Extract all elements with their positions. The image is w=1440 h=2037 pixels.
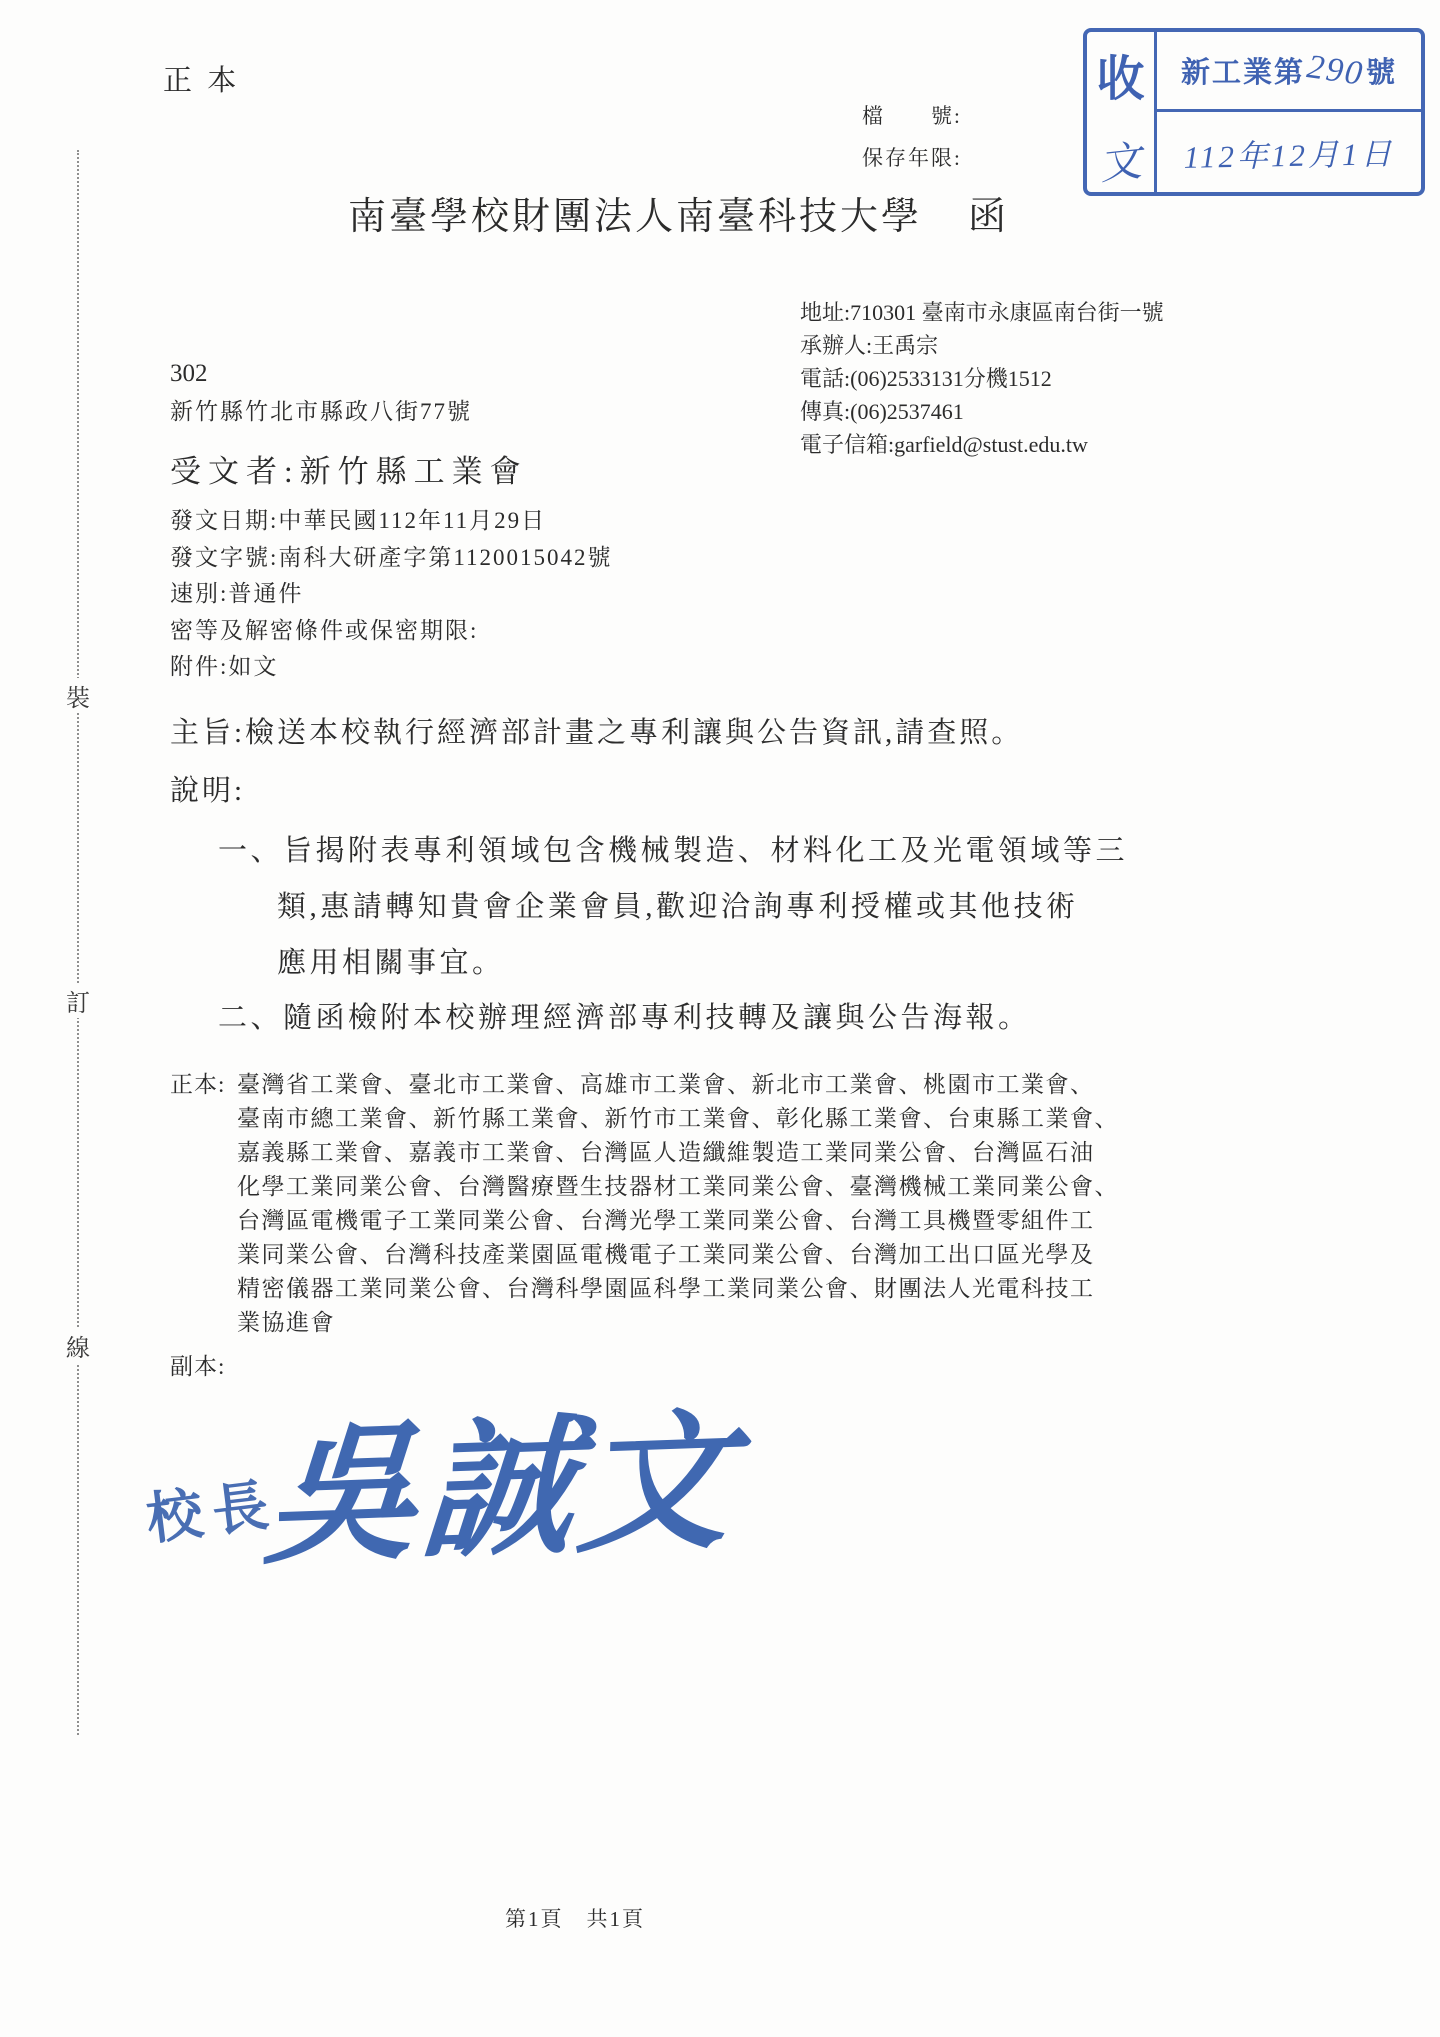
received-stamp: 收 文 新工業第 290 號 112年12月1日 bbox=[1083, 28, 1425, 196]
distribution-line: 臺南市總工業會、新竹縣工業會、新竹市工業會、彰化縣工業會、台東縣工業會、 bbox=[237, 1100, 1119, 1133]
president-signature-handwritten: 吳誠文 bbox=[260, 1360, 745, 1592]
document-title-main: 南臺學校財團法人南臺科技大學 bbox=[348, 196, 922, 238]
document-meta-block: 發文日期:中華民國112年11月29日 發文字號:南科大研產字第11200150… bbox=[170, 503, 613, 686]
received-stamp-detail-column: 新工業第 290 號 112年12月1日 bbox=[1157, 32, 1421, 192]
binding-dotted-line bbox=[77, 150, 79, 1735]
copy-type-label: 正 本 bbox=[163, 58, 240, 99]
president-title-handwritten: 校長 bbox=[142, 1460, 283, 1555]
document-title-suffix: 函 bbox=[968, 196, 1009, 238]
recipient-street-address: 新竹縣竹北市縣政八街77號 bbox=[170, 393, 472, 426]
document-number-line: 發文字號:南科大研產字第1120015042號 bbox=[170, 540, 613, 577]
stamp-received-date: 112年12月1日 bbox=[1156, 110, 1421, 195]
stamp-ref-prefix: 新工業第 bbox=[1181, 50, 1305, 91]
binding-mark-xian: 線 bbox=[64, 1328, 92, 1363]
distribution-line: 臺灣省工業會、臺北市工業會、高雄市工業會、新北市工業會、桃園市工業會、 bbox=[237, 1066, 1095, 1099]
recipient-zip-code: 302 bbox=[170, 360, 208, 388]
stamp-ref-suffix: 號 bbox=[1366, 50, 1397, 91]
body-item1-line1: 一、旨揭附表專利領域包含機械製造、材料化工及光電領域等三 bbox=[218, 828, 1128, 869]
recipient-line: 受文者:新竹縣工業會 bbox=[170, 446, 528, 491]
sender-phone: 電話:(06)2533131分機1512 bbox=[800, 362, 1164, 395]
distribution-line: 業同業公會、台灣科技產業園區電機電子工業同業公會、台灣加工出口區光學及 bbox=[237, 1236, 1095, 1269]
page-number-footer: 第1頁 共1頁 bbox=[505, 1903, 645, 1933]
distribution-line: 精密儀器工業同業公會、台灣科學園區科學工業同業公會、財團法人光電科技工 bbox=[237, 1270, 1095, 1303]
official-letter-page: 裝 訂 線 正 本 檔 號: 保存年限: 南臺學校財團法人南臺科技大學函 收 文… bbox=[0, 0, 1440, 2037]
distribution-line: 業協進會 bbox=[237, 1304, 335, 1337]
file-number-label: 檔 號: bbox=[862, 100, 962, 130]
sender-email: 電子信箱:garfield@stust.edu.tw bbox=[800, 428, 1164, 461]
received-stamp-label-column: 收 文 bbox=[1087, 32, 1157, 192]
body-item1-line2: 類,惠請轉知貴會企業會員,歡迎洽詢專利授權或其他技術 bbox=[277, 884, 1079, 925]
stamp-char-document: 文 bbox=[1096, 128, 1144, 192]
sender-fax: 傳真:(06)2537461 bbox=[800, 395, 1164, 428]
body-item1-line3: 應用相關事宜。 bbox=[277, 940, 505, 981]
security-class-line: 密等及解密條件或保密期限: bbox=[170, 613, 613, 650]
binding-mark-zhuang: 裝 bbox=[64, 678, 92, 713]
attachment-line: 附件:如文 bbox=[170, 649, 613, 686]
sender-contact-block: 地址:710301 臺南市永康區南台街一號 承辦人:王禹宗 電話:(06)253… bbox=[800, 296, 1164, 461]
carbon-copies-label: 副本: bbox=[170, 1348, 225, 1381]
sender-contact-person: 承辦人:王禹宗 bbox=[800, 329, 1164, 362]
document-title: 南臺學校財團法人南臺科技大學函 bbox=[348, 185, 1009, 240]
distribution-line: 台灣區電機電子工業同業公會、台灣光學工業同業公會、台灣工具機暨零組件工 bbox=[237, 1202, 1095, 1235]
stamp-reference-number: 新工業第 290 號 bbox=[1157, 32, 1421, 112]
distribution-line: 嘉義縣工業會、嘉義市工業會、台灣區人造纖維製造工業同業公會、台灣區石油 bbox=[237, 1134, 1095, 1167]
stamp-ref-number-handwritten: 290 bbox=[1305, 48, 1367, 94]
retention-period-label: 保存年限: bbox=[862, 142, 962, 172]
binding-mark-ding: 訂 bbox=[64, 983, 92, 1018]
speed-class-line: 速別:普通件 bbox=[170, 576, 613, 613]
issue-date-line: 發文日期:中華民國112年11月29日 bbox=[170, 503, 613, 540]
distribution-line: 化學工業同業公會、台灣醫療暨生技器材工業同業公會、臺灣機械工業同業公會、 bbox=[237, 1168, 1119, 1201]
subject-line: 主旨:檢送本校執行經濟部計畫之專利讓與公告資訊,請查照。 bbox=[170, 710, 1023, 751]
body-item2-line: 二、隨函檢附本校辦理經濟部專利技轉及讓與公告海報。 bbox=[218, 995, 1031, 1036]
explanation-label: 說明: bbox=[170, 768, 245, 809]
stamp-char-receive: 收 bbox=[1096, 40, 1144, 109]
sender-address: 地址:710301 臺南市永康區南台街一號 bbox=[800, 296, 1164, 329]
original-copies-label: 正本: bbox=[170, 1066, 225, 1099]
